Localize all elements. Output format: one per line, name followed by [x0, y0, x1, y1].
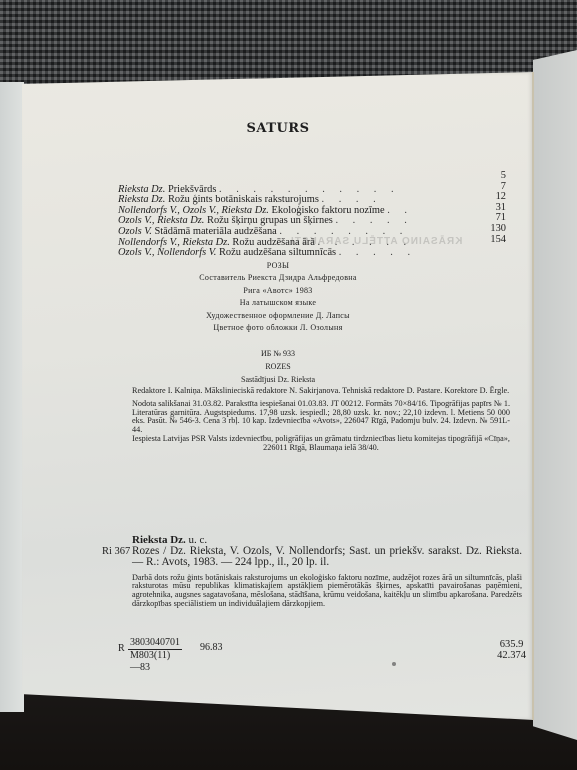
ru-title: РОЗЫ — [22, 260, 534, 272]
toc-author: Ozols V., Nollendorfs V. — [118, 247, 216, 258]
ru-design: Художественное оформление Д. Лапсы — [22, 310, 534, 322]
toc-title: Priekšvārds — [168, 184, 216, 195]
imprint-title: ROZES — [22, 360, 534, 373]
toc-title: Rožu audzēšana siltumnīcās — [219, 247, 336, 258]
card-classification: Ri 367 — [102, 546, 130, 558]
toc-author: Ozols V., Rieksta Dz. — [118, 215, 204, 226]
page-title: SATURS — [22, 121, 534, 136]
toc-title: Rožu audzēšana ārā — [232, 237, 315, 248]
ru-cover-photo: Цветное фото обложки Л. Озолыня — [22, 322, 534, 334]
catalog-card: Rieksta Dz. u. c. Ri 367 Rozes / Dz. Rie… — [102, 534, 522, 608]
ru-publisher: Рига «Авотс» 1983 — [22, 285, 534, 297]
imprint-compiler: Sastādījusi Dz. Rieksta — [22, 373, 534, 386]
toc-page-number: 154 — [452, 235, 506, 246]
colophon-printer: Iespiesta Latvijas PSR Valsts izdevniecī… — [132, 435, 510, 453]
toc-page-number: 130 — [452, 224, 506, 235]
toc-entry: Ozols V., Nollendorfs V. Rožu audzēšana … — [118, 248, 508, 259]
ru-language: На латышском языке — [22, 297, 534, 309]
russian-imprint: РОЗЫ Составитель Риекста Дзидра Альфредо… — [22, 260, 534, 334]
toc-author: Ozols V. — [118, 226, 152, 237]
book-page: KRĀSAINO ATTĒLU SARAKSTI SATURS Rieksta … — [22, 72, 534, 720]
ru-compiler: Составитель Риекста Дзидра Альфредовна — [22, 272, 534, 284]
card-price-code: 96.83 — [200, 642, 223, 654]
card-udc-2: 42.374 — [497, 650, 526, 661]
colophon-print-details: Nodota salikšanai 31.03.82. Parakstīta i… — [132, 400, 510, 435]
toc-title: Stādāmā materiāla audzēšana — [154, 226, 276, 237]
latvian-imprint: ИБ № 933 ROZES Sastādījusi Dz. Rieksta — [22, 347, 534, 386]
toc-title: Rožu ģints botāniskais raksturojums — [168, 194, 319, 205]
toc-page-number: 5 — [452, 171, 506, 182]
toc-author: Nollendorfs V., Ozols V., Rieksta Dz. — [118, 205, 269, 216]
card-fraction-denominator: M803(11)—83 — [128, 650, 182, 674]
next-page-edge — [533, 50, 577, 740]
toc-title: Ekoloģisko faktoru nozīme — [271, 205, 384, 216]
toc-page-numbers: 5 7 12 31 71 130 154 — [452, 171, 506, 245]
card-udc-1: 635.9 — [497, 639, 526, 650]
toc-author: Rieksta Dz. — [118, 184, 165, 195]
table-of-contents: Rieksta Dz. Priekšvārds . . . . . . . . … — [118, 174, 508, 259]
card-udc: 635.9 42.374 — [497, 639, 526, 661]
toc-title: Rožu šķirņu grupas un šķirnes — [207, 215, 333, 226]
colophon: Redaktore I. Kalniņa. Mākslinieciskā red… — [132, 387, 510, 457]
card-letter: R — [118, 643, 125, 655]
toc-author: Nollendorfs V., Rieksta Dz. — [118, 237, 230, 248]
card-annotation: Darbā dots rožu ģints botāniskais rakstu… — [132, 574, 522, 608]
toc-author: Rieksta Dz. — [118, 194, 165, 205]
ib-number: ИБ № 933 — [22, 347, 534, 360]
previous-page-edge — [0, 82, 24, 712]
colophon-editors: Redaktore I. Kalniņa. Mākslinieciskā red… — [132, 387, 510, 396]
card-description: Rozes / Dz. Rieksta, V. Ozols, V. Nollen… — [132, 546, 522, 569]
card-fraction-numerator: 3803040701 — [128, 637, 182, 650]
paper-speck — [392, 662, 396, 666]
